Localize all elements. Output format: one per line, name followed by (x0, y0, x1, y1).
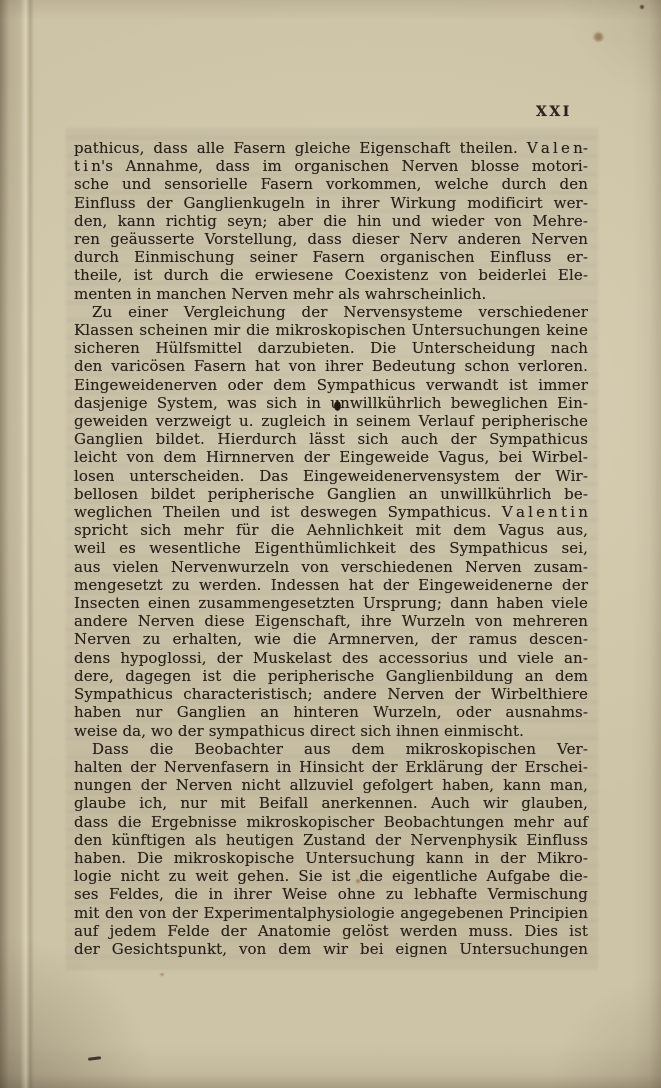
text-line: nungen der Nerven nicht allzuviel gefolg… (74, 776, 588, 794)
text-line: Zu einer Vergleichung der Nervensysteme … (74, 303, 588, 321)
text-line: andere Nerven diese Eigenschaft, ihre Wu… (74, 612, 588, 630)
ink-dash-mark (88, 1056, 101, 1061)
ink-blot (334, 401, 341, 411)
stain-spot (593, 32, 604, 42)
text-line: dere, dagegen ist die peripherische Gang… (74, 667, 588, 685)
text-line: Insecten einen zusammengesetzten Ursprun… (74, 594, 588, 612)
page-number: XXI (536, 104, 572, 120)
text-line: leicht von dem Hirnnerven der Eingeweide… (74, 448, 588, 466)
text-line: weil es wesentliche Eigenthümlichkeit de… (74, 539, 588, 557)
text-line: sche und sensorielle Fasern vorkommen, w… (74, 175, 588, 193)
text-line: durch Einmischung seiner Fasern organisc… (74, 248, 588, 266)
text-line: auf jedem Felde der Anatomie gelöst werd… (74, 922, 588, 940)
text-line: Sympathicus characteristisch; andere Ner… (74, 685, 588, 703)
foxing-speck (356, 879, 360, 883)
text-line: dens hypoglossi, der Muskelast des acces… (74, 649, 588, 667)
text-line: den künftigen als heutigen Zustand der N… (74, 831, 588, 849)
text-line: mengesetzt zu werden. Indessen hat der E… (74, 576, 588, 594)
text-line: Einfluss der Ganglienkugeln in ihrer Wir… (74, 194, 588, 212)
text-line: haben. Die mikroskopische Untersuchung k… (74, 849, 588, 867)
text-line: halten der Nervenfasern in Hinsicht der … (74, 758, 588, 776)
text-line: Ganglien bildet. Hierdurch lässt sich au… (74, 430, 588, 448)
text-line: Eingeweidenerven oder dem Sympathicus ve… (74, 376, 588, 394)
text-line: theile, ist durch die erwiesene Coexiste… (74, 266, 588, 284)
text-block: pathicus, dass alle Fasern gleiche Eigen… (74, 139, 588, 958)
text-line: spricht sich mehr für die Aehnlichkeit m… (74, 521, 588, 539)
text-line: mit den von der Experimentalphysiologie … (74, 904, 588, 922)
text-line: glaube ich, nur mit Beifall anerkennen. … (74, 794, 588, 812)
text-line: den, kann richtig seyn; aber die hin und… (74, 212, 588, 230)
text-line: bellosen bildet peripherische Ganglien a… (74, 485, 588, 503)
text-line: menten in manchen Nerven mehr als wahrsc… (74, 285, 588, 303)
text-line: logie nicht zu weit gehen. Sie ist die e… (74, 867, 588, 885)
text-line: Nerven zu erhalten, wie die Armnerven, d… (74, 630, 588, 648)
text-line: dass die Ergebnisse mikroskopischer Beob… (74, 813, 588, 831)
scanned-book-page: XXI pathicus, dass alle Fasern gleiche E… (0, 0, 661, 1088)
text-line: geweiden verzweigt u. zugleich in seinem… (74, 412, 588, 430)
text-line: pathicus, dass alle Fasern gleiche Eigen… (74, 139, 588, 157)
text-line: dasjenige System, was sich in unwillkühr… (74, 394, 588, 412)
text-line: Klassen scheinen mir die mikroskopischen… (74, 321, 588, 339)
text-line: haben nur Ganglien an hinteren Wurzeln, … (74, 703, 588, 721)
text-line: der Gesichtspunkt, von dem wir bei eigne… (74, 940, 588, 958)
text-line: weise da, wo der sympathicus direct sich… (74, 722, 588, 740)
text-line: t i n's Annahme, dass im organischen Ner… (74, 157, 588, 175)
text-line: ses Feldes, die in ihrer Weise ohne zu l… (74, 885, 588, 903)
text-line: Dass die Beobachter aus dem mikroskopisc… (74, 740, 588, 758)
text-line: losen unterscheiden. Das Eingeweidenerve… (74, 467, 588, 485)
left-fold-crease (20, 0, 34, 1088)
text-line: ren geäusserte Vorstellung, dass dieser … (74, 230, 588, 248)
dust-speck (640, 5, 644, 9)
text-line: weglichen Theilen und ist deswegen Sympa… (74, 503, 588, 521)
text-line: aus vielen Nervenwurzeln von verschieden… (74, 558, 588, 576)
text-line: den varicösen Fasern hat von ihrer Bedeu… (74, 357, 588, 375)
text-line: sicheren Hülfsmittel darzubieten. Die Un… (74, 339, 588, 357)
foxing-speck (160, 973, 164, 976)
